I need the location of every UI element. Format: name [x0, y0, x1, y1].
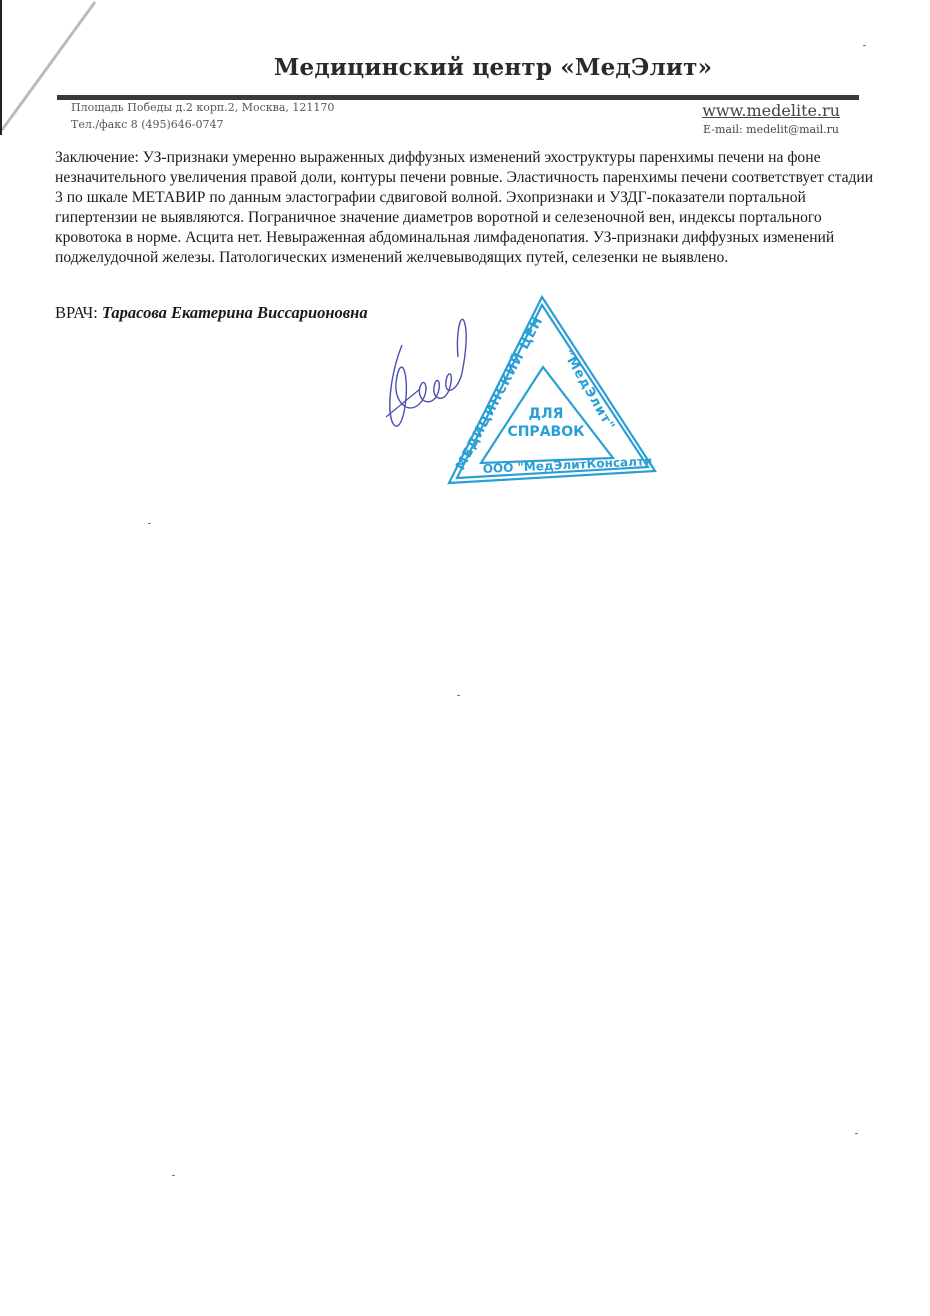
conclusion-paragraph: Заключение: УЗ-признаки умеренно выражен… [55, 148, 883, 268]
stamp-center-line2: СПРАВОК [507, 424, 585, 440]
doctor-line: ВРАЧ: Тарасова Екатерина Виссарионовна [55, 303, 368, 323]
stamp-right-text: "МедЭлит" [560, 348, 618, 434]
scan-speck [172, 1175, 175, 1176]
svg-text:"МедЭлит": "МедЭлит" [560, 348, 618, 434]
header-divider [57, 95, 859, 100]
scan-speck [148, 523, 151, 524]
official-stamp: МЕДИЦИНСКИЙ ЦЕНТР "МедЭлит" ООО "МедЭлит… [445, 293, 660, 493]
svg-text:МЕДИЦИНСКИЙ ЦЕНТР: МЕДИЦИНСКИЙ ЦЕНТР [445, 293, 546, 473]
stamp-center-line1: ДЛЯ [529, 406, 564, 422]
clinic-address: Площадь Победы д.2 корп.2, Москва, 12117… [71, 101, 334, 114]
clinic-website-link[interactable]: www.medelite.ru [702, 101, 840, 120]
scan-speck [863, 45, 866, 46]
clinic-email: E-mail: medelit@mail.ru [703, 123, 839, 136]
doctor-label: ВРАЧ: [55, 303, 98, 322]
doctor-name: Тарасова Екатерина Виссарионовна [102, 303, 368, 322]
stamp-left-text: МЕДИЦИНСКИЙ ЦЕНТР [445, 293, 546, 473]
document-page: Медицинский центр «МедЭлит» Площадь Побе… [0, 0, 930, 1316]
clinic-phone: Тел./факс 8 (495)646-0747 [71, 118, 224, 131]
scan-speck [855, 1133, 858, 1134]
clinic-name-heading: Медицинский центр «МедЭлит» [0, 54, 930, 81]
scan-speck [457, 695, 460, 696]
